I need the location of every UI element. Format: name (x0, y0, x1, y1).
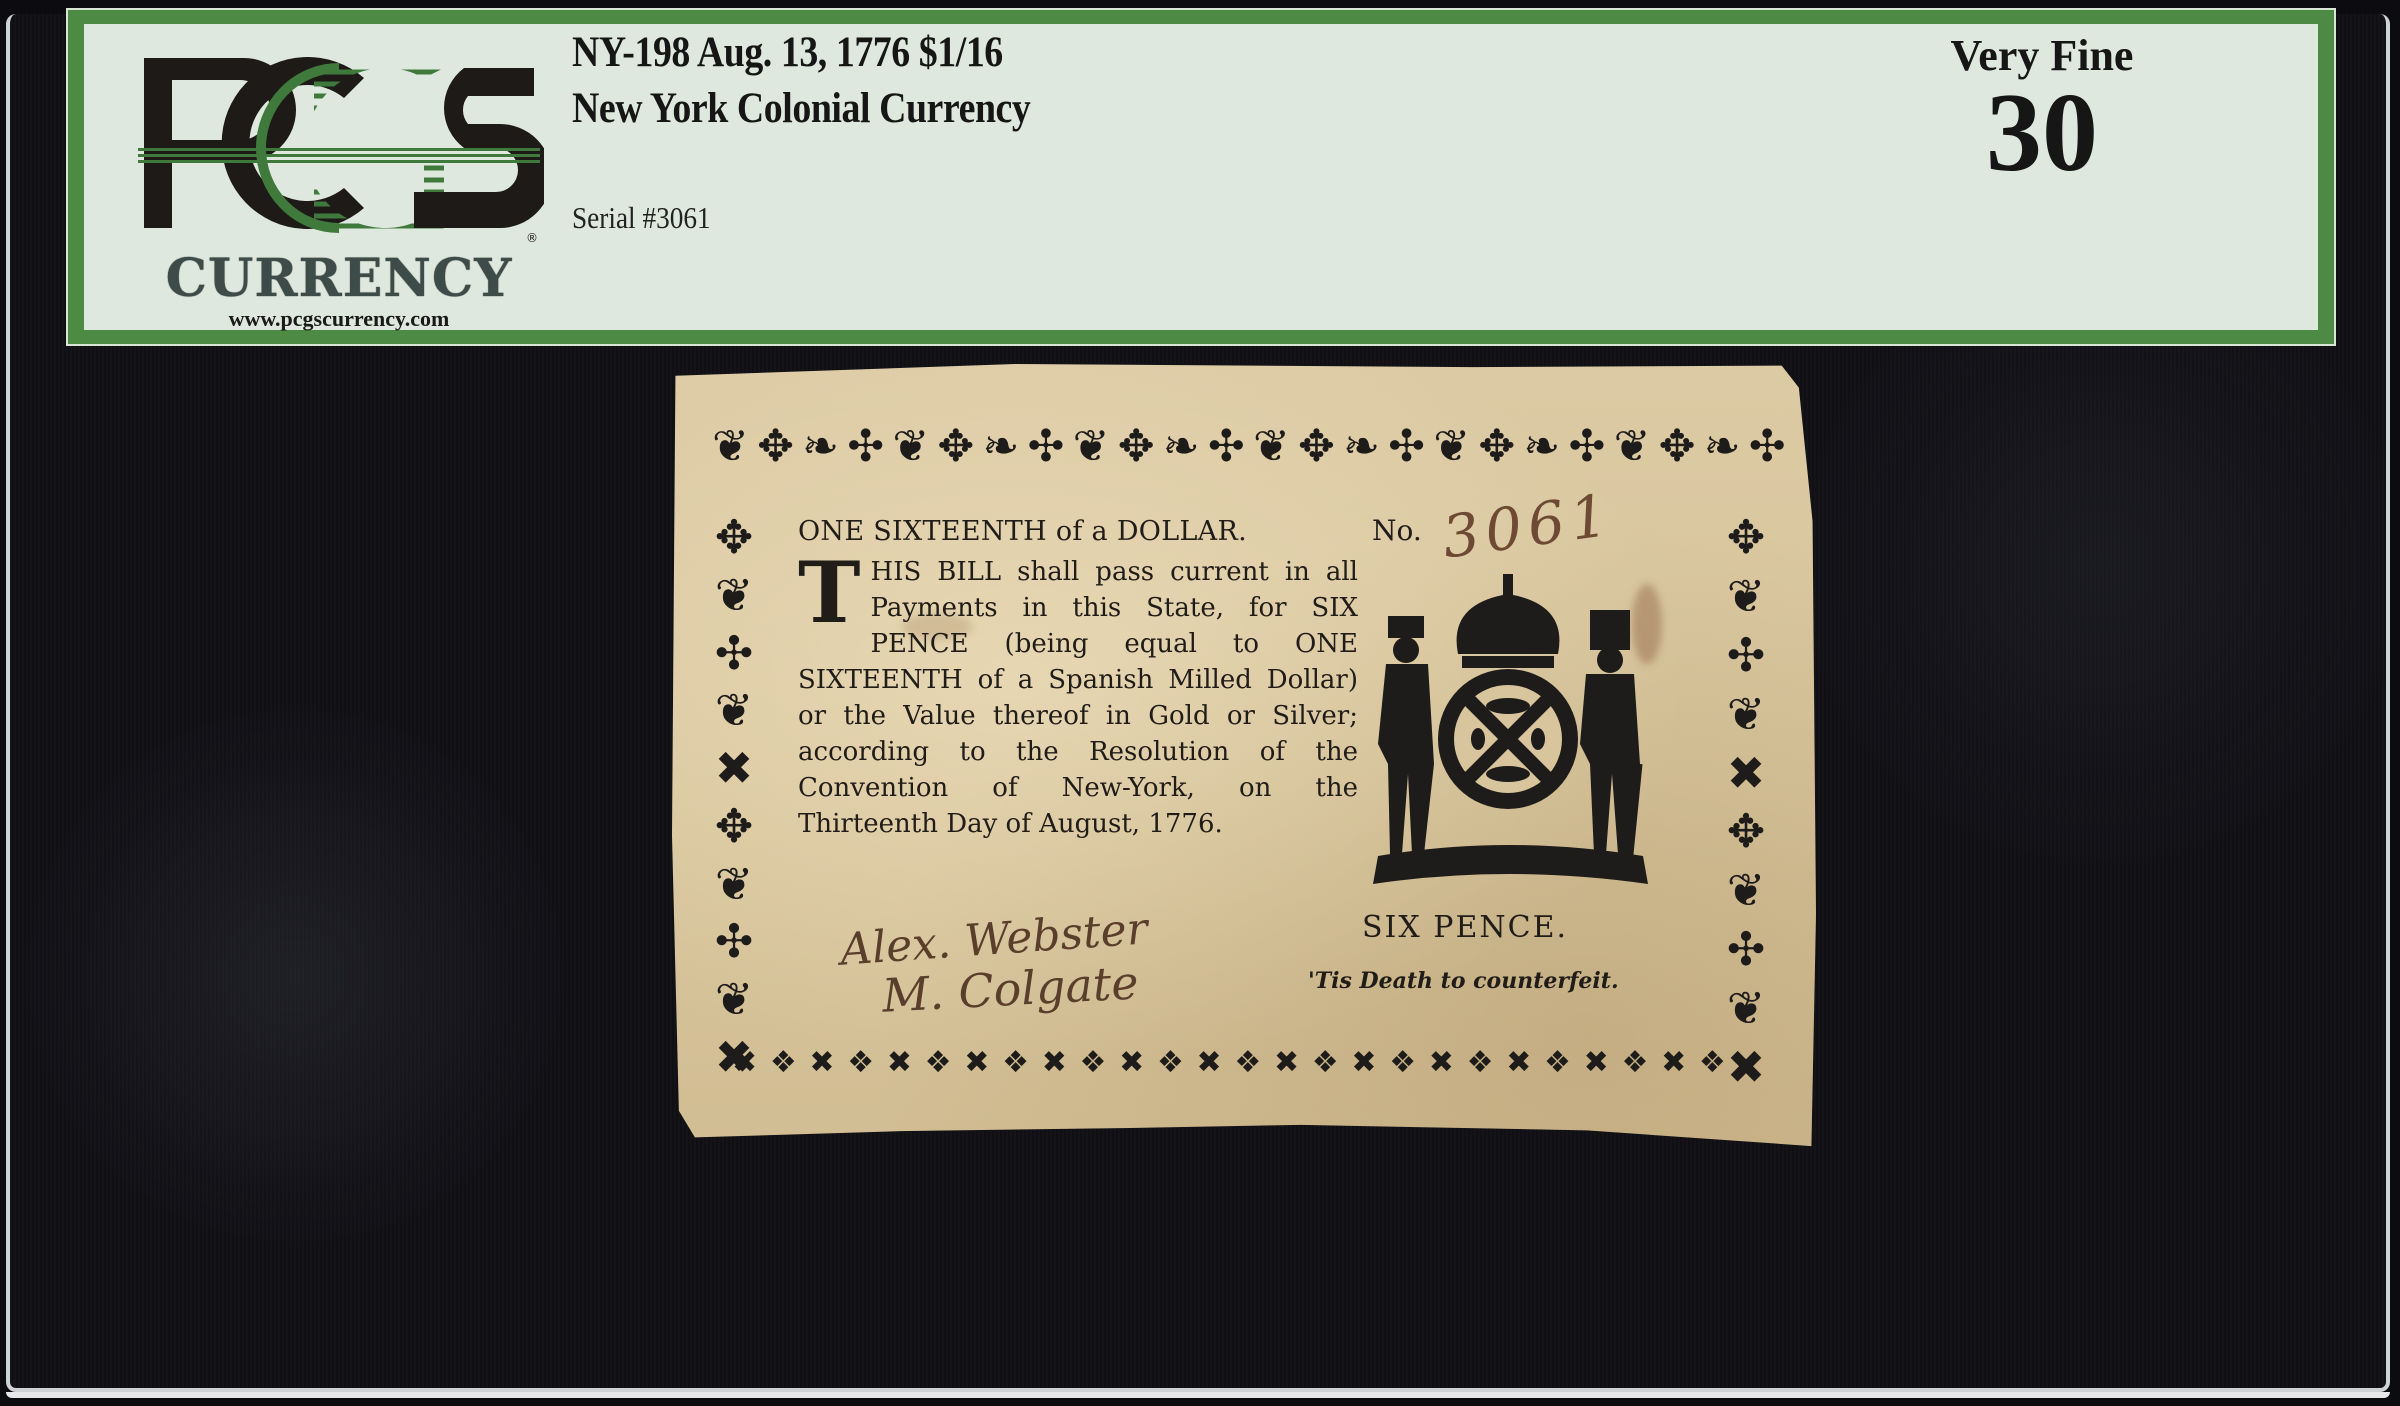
ornament-icon: ❖ (1080, 1048, 1107, 1078)
left-ornamental-border: ✥❦✣❦✖✥❦✣❦✖ (694, 514, 774, 1080)
ornament-icon: ❦ (892, 425, 929, 469)
ornament-icon: ✖ (809, 1048, 834, 1078)
denomination-header: ONE SIXTEENTH of a DOLLAR. (798, 514, 1358, 550)
ornament-icon: ✣ (1749, 425, 1786, 469)
ornament-icon: ❦ (1433, 425, 1470, 469)
ornament-icon: ✣ (1727, 632, 1766, 678)
pcgs-logo: ® CURRENCY www.pcgscurrency.com (134, 38, 544, 338)
ornament-icon: ✣ (1028, 425, 1065, 469)
ornament-icon: ✖ (715, 745, 754, 791)
currency-wordmark: CURRENCY (134, 248, 544, 309)
ornament-icon: ❖ (847, 1048, 874, 1078)
ornament-icon: ❦ (715, 572, 754, 618)
ornament-icon: ❦ (1253, 425, 1290, 469)
ornament-icon: ✖ (732, 1048, 757, 1078)
ornament-icon: ✥ (1659, 425, 1696, 469)
ornament-icon: ❧ (1163, 425, 1200, 469)
number-label: No. (1372, 514, 1422, 547)
ornament-icon: ✖ (1661, 1048, 1686, 1078)
ornament-icon: ❦ (715, 861, 754, 907)
label-panel: ® CURRENCY www.pcgscurrency.com NY-198 A… (84, 24, 2318, 330)
ornament-icon: ✥ (757, 425, 794, 469)
serial-number: Serial #3061 (572, 200, 711, 236)
ornament-icon: ❖ (1312, 1048, 1339, 1078)
ornament-icon: ✣ (715, 630, 754, 676)
ornament-icon: ✥ (1727, 514, 1766, 560)
bill-text: THIS BILL shall pass current in all Paym… (798, 554, 1358, 842)
ornament-icon: ✖ (1119, 1048, 1144, 1078)
ornament-icon: ❦ (715, 687, 754, 733)
ornament-icon: ❧ (982, 425, 1019, 469)
grade-number: 30 (1912, 72, 2172, 195)
ornament-icon: ✥ (937, 425, 974, 469)
top-ornamental-border: ❦✥❧✣❦✥❧✣❦✥❧✣❦✥❧✣❦✥❧✣❦✥❧✣ (712, 392, 1786, 502)
ornament-icon: ❧ (802, 425, 839, 469)
ornament-icon: ❦ (1073, 425, 1110, 469)
ornament-icon: ❖ (1467, 1048, 1494, 1078)
ornament-icon: ✖ (1042, 1048, 1067, 1078)
ornament-icon: ✖ (1351, 1048, 1376, 1078)
grading-label: ® CURRENCY www.pcgscurrency.com NY-198 A… (66, 8, 2336, 346)
ornament-icon: ✖ (1727, 750, 1766, 796)
ornament-icon: ❖ (1389, 1048, 1416, 1078)
ornament-icon: ❦ (1727, 691, 1766, 737)
note-series-subtitle: New York Colonial Currency (572, 84, 1030, 133)
ornament-icon: ✥ (1298, 425, 1335, 469)
ornament-icon: ❧ (1343, 425, 1380, 469)
ornament-icon: ❧ (1704, 425, 1741, 469)
ornament-icon: ✥ (1478, 425, 1515, 469)
ornament-icon: ❖ (1544, 1048, 1571, 1078)
ornament-icon: ✥ (715, 514, 754, 560)
ornament-icon: ✣ (1208, 425, 1245, 469)
website-url: www.pcgscurrency.com (134, 306, 544, 332)
ornament-icon: ❦ (715, 976, 754, 1022)
ornament-icon: ✖ (1727, 1044, 1766, 1090)
ornament-icon: ✣ (1388, 425, 1425, 469)
ornament-icon: ✖ (1429, 1048, 1454, 1078)
ornament-icon: ❖ (1002, 1048, 1029, 1078)
ornament-icon: ❦ (1727, 573, 1766, 619)
ornament-icon: ✖ (1197, 1048, 1222, 1078)
ornament-icon: ❖ (1699, 1048, 1726, 1078)
pcgs-logo-icon: ® (134, 38, 544, 248)
drop-cap: T (798, 558, 861, 628)
ornament-icon: ✥ (1727, 808, 1766, 854)
bottom-ornamental-border: ✖❖✖❖✖❖✖❖✖❖✖❖✖❖✖❖✖❖✖❖✖❖✖❖✖❖ (732, 1038, 1726, 1088)
coat-of-arms-icon (1358, 564, 1658, 894)
ornament-icon: ✥ (715, 803, 754, 849)
ornament-icon: ❖ (1621, 1048, 1648, 1078)
note-catalog-title: NY-198 Aug. 13, 1776 $1/16 (572, 28, 1003, 77)
ornament-icon: ❧ (1523, 425, 1560, 469)
svg-text:®: ® (526, 231, 538, 245)
denomination-footer: SIX PENCE. (1362, 910, 1568, 945)
ornament-icon: ❖ (925, 1048, 952, 1078)
ornament-icon: ❦ (1727, 867, 1766, 913)
colonial-banknote: ❦✥❧✣❦✥❧✣❦✥❧✣❦✥❧✣❦✥❧✣❦✥❧✣ ✥❦✣❦✖✥❦✣❦✖ ✥❦✣❦… (672, 364, 1816, 1150)
ornament-icon: ✣ (1727, 926, 1766, 972)
ornament-icon: ❖ (1157, 1048, 1184, 1078)
ornament-icon: ✣ (1568, 425, 1605, 469)
ornament-icon: ✣ (715, 918, 754, 964)
ornament-icon: ✖ (1584, 1048, 1609, 1078)
ornament-icon: ✖ (1274, 1048, 1299, 1078)
ornament-icon: ❦ (712, 425, 749, 469)
ornament-icon: ❦ (1614, 425, 1651, 469)
ornament-icon: ✣ (847, 425, 884, 469)
note-body: ONE SIXTEENTH of a DOLLAR. THIS BILL sha… (798, 514, 1358, 842)
counterfeit-warning: 'Tis Death to counterfeit. (1308, 968, 1619, 994)
ornament-icon: ✥ (1118, 425, 1155, 469)
ornament-icon: ✖ (887, 1048, 912, 1078)
ornament-icon: ✖ (964, 1048, 989, 1078)
ornament-icon: ❦ (1727, 985, 1766, 1031)
ornament-icon: ❖ (770, 1048, 797, 1078)
ornament-icon: ✖ (1506, 1048, 1531, 1078)
bill-text-body: HIS BILL shall pass current in all Payme… (798, 557, 1358, 839)
ornament-icon: ❖ (1234, 1048, 1261, 1078)
right-ornamental-border: ✥❦✣❦✖✥❦✣❦✖ (1706, 514, 1786, 1090)
